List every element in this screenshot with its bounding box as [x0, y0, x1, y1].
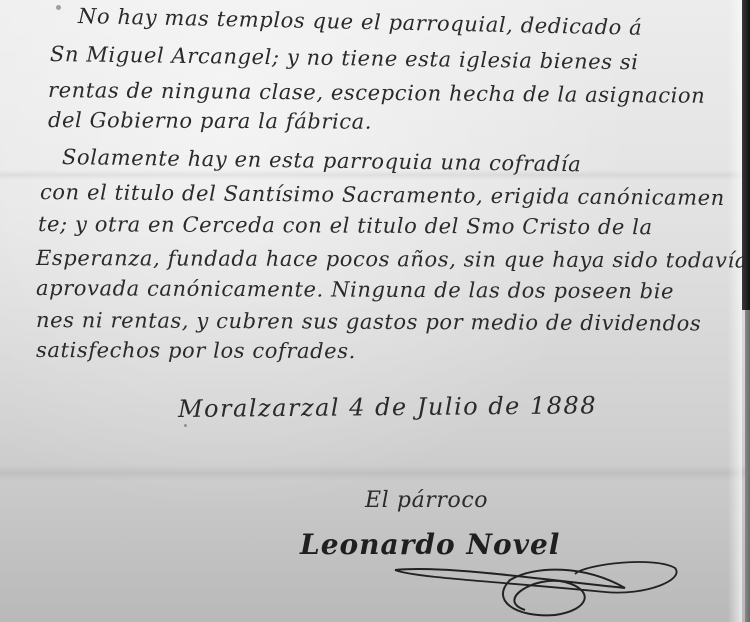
text-line: rentas de ninguna clase, escepcion hecha…	[48, 78, 706, 108]
signature-title: El párroco	[365, 488, 488, 513]
paper-edge	[728, 0, 742, 622]
text-line: nes ni rentas, y cubren sus gastos por m…	[36, 308, 701, 335]
text-line: No hay mas templos que el parroquial, de…	[78, 4, 643, 40]
text-line: Esperanza, fundada hace pocos años, sin …	[36, 246, 748, 272]
text-line: Sn Miguel Arcangel; y no tiene esta igle…	[50, 42, 639, 74]
text-line: te; y otra en Cerceda con el titulo del …	[38, 212, 653, 239]
paper-fold	[0, 465, 750, 481]
page-binding-shadow	[745, 310, 750, 622]
text-line: con el titulo del Santísimo Sacramento, …	[40, 180, 725, 210]
ink-spot	[56, 5, 61, 10]
text-line: satisfechos por los cofrades.	[36, 338, 356, 363]
manuscript-page: No hay mas templos que el parroquial, de…	[0, 0, 750, 622]
signature-name: Leonardo Novel	[300, 528, 560, 561]
text-line: aprovada canónicamente. Ninguna de las d…	[36, 276, 674, 303]
ink-spot	[184, 424, 187, 427]
place-date: Moralzarzal 4 de Julio de 1888	[178, 391, 597, 423]
text-line: del Gobierno para la fábrica.	[48, 108, 372, 134]
signature-flourish-icon	[385, 560, 715, 620]
